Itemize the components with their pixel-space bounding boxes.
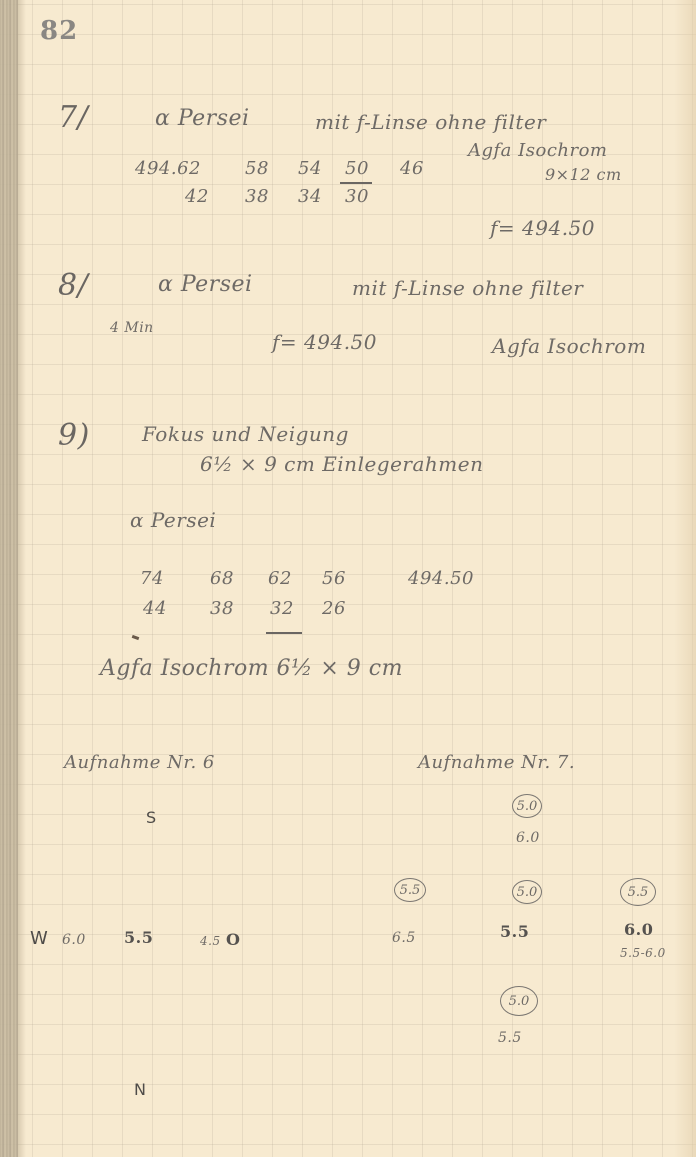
- entry-8-description: mit f-Linse ohne filter: [352, 276, 583, 300]
- entry-7-reading-9: 30: [345, 186, 369, 207]
- entry-8-label: 8/: [58, 268, 88, 303]
- entry-9-title: Fokus und Neigung: [142, 422, 349, 446]
- aufnahme-7-right-range: 5.5-6.0: [620, 946, 666, 960]
- entry-9-reading-6: 44: [143, 598, 167, 619]
- page-number: 82: [40, 16, 78, 46]
- aufnahme-6-south: S: [146, 808, 157, 827]
- notebook-page: 82 7/ α Persei mit f-Linse ohne filter A…: [0, 0, 696, 1157]
- aufnahme-7-bottom-value: 5.5: [498, 1030, 522, 1046]
- entry-7-reading-1: 494.62: [135, 158, 201, 179]
- aufnahme-6-north: N: [134, 1080, 146, 1099]
- entry-7-plate-size: 9×12 cm: [545, 165, 622, 184]
- entry-9-reading-7: 38: [210, 598, 234, 619]
- entry-9-reading-8-underlined: 32: [270, 598, 294, 619]
- aufnahme-7-top-value: 6.0: [516, 830, 540, 846]
- aufnahme-7-bottom-circled: 5.0: [500, 986, 538, 1016]
- binding-shadow: [18, 0, 26, 1157]
- page-edge: [674, 0, 696, 1157]
- notebook-binding: [0, 0, 18, 1157]
- aufnahme-6-value-1: 6.0: [62, 932, 86, 948]
- aufnahme-7-center-circled: 5.0: [512, 880, 542, 904]
- entry-7-underline: [340, 182, 372, 184]
- entry-9-reading-9: 26: [322, 598, 346, 619]
- entry-9-label: 9): [58, 418, 90, 453]
- entry-7-label: 7/: [58, 100, 88, 135]
- entry-7-focus: f= 494.50: [490, 216, 595, 240]
- aufnahme-7-center-value: 5.5: [500, 922, 529, 941]
- entry-9-underline: [266, 632, 302, 634]
- aufnahme-7-left-circled: 5.5: [394, 878, 426, 902]
- entry-9-plate-line: Agfa Isochrom 6½ × 9 cm: [100, 656, 403, 681]
- entry-9-reading-3: 62: [268, 568, 292, 589]
- entry-9-reading-5: 494.50: [408, 568, 474, 589]
- entry-7-reading-5: 46: [400, 158, 424, 179]
- aufnahme-6-title: Aufnahme Nr. 6: [64, 752, 215, 773]
- entry-9-subtitle: 6½ × 9 cm Einlegerahmen: [200, 452, 483, 476]
- aufnahme-7-right-value: 6.0: [624, 920, 653, 939]
- aufnahme-7-left-value: 6.5: [392, 930, 416, 946]
- entry-7-reading-6: 42: [185, 186, 209, 207]
- aufnahme-6-value-2: 5.5: [124, 928, 153, 947]
- entry-7-reading-4-underlined: 50: [345, 158, 369, 179]
- entry-9-reading-2: 68: [210, 568, 234, 589]
- aufnahme-7-title: Aufnahme Nr. 7.: [418, 752, 575, 773]
- aufnahme-6-circle-marker: O: [226, 930, 240, 949]
- aufnahme-7-right-circled: 5.5: [620, 878, 656, 906]
- aufnahme-7-top-circled: 5.0: [512, 794, 542, 818]
- entry-8-plate: Agfa Isochrom: [492, 334, 646, 358]
- entry-7-reading-7: 38: [245, 186, 269, 207]
- entry-7-reading-2: 58: [245, 158, 269, 179]
- entry-8-object: α Persei: [158, 272, 253, 297]
- entry-9-object: α Persei: [130, 508, 216, 532]
- entry-7-description: mit f-Linse ohne filter: [315, 110, 546, 134]
- entry-8-focus: f= 494.50: [272, 330, 377, 354]
- entry-9-reading-4: 56: [322, 568, 346, 589]
- entry-7-reading-8: 34: [298, 186, 322, 207]
- entry-8-exposure: 4 Min: [110, 320, 154, 336]
- entry-9-reading-1: 74: [140, 568, 164, 589]
- aufnahme-6-value-3: 4.5: [200, 934, 221, 948]
- entry-7-object: α Persei: [155, 106, 250, 131]
- ink-mark: [132, 635, 140, 640]
- entry-7-plate: Agfa Isochrom: [468, 140, 608, 161]
- entry-7-reading-3: 54: [298, 158, 322, 179]
- aufnahme-6-west: W: [30, 928, 48, 949]
